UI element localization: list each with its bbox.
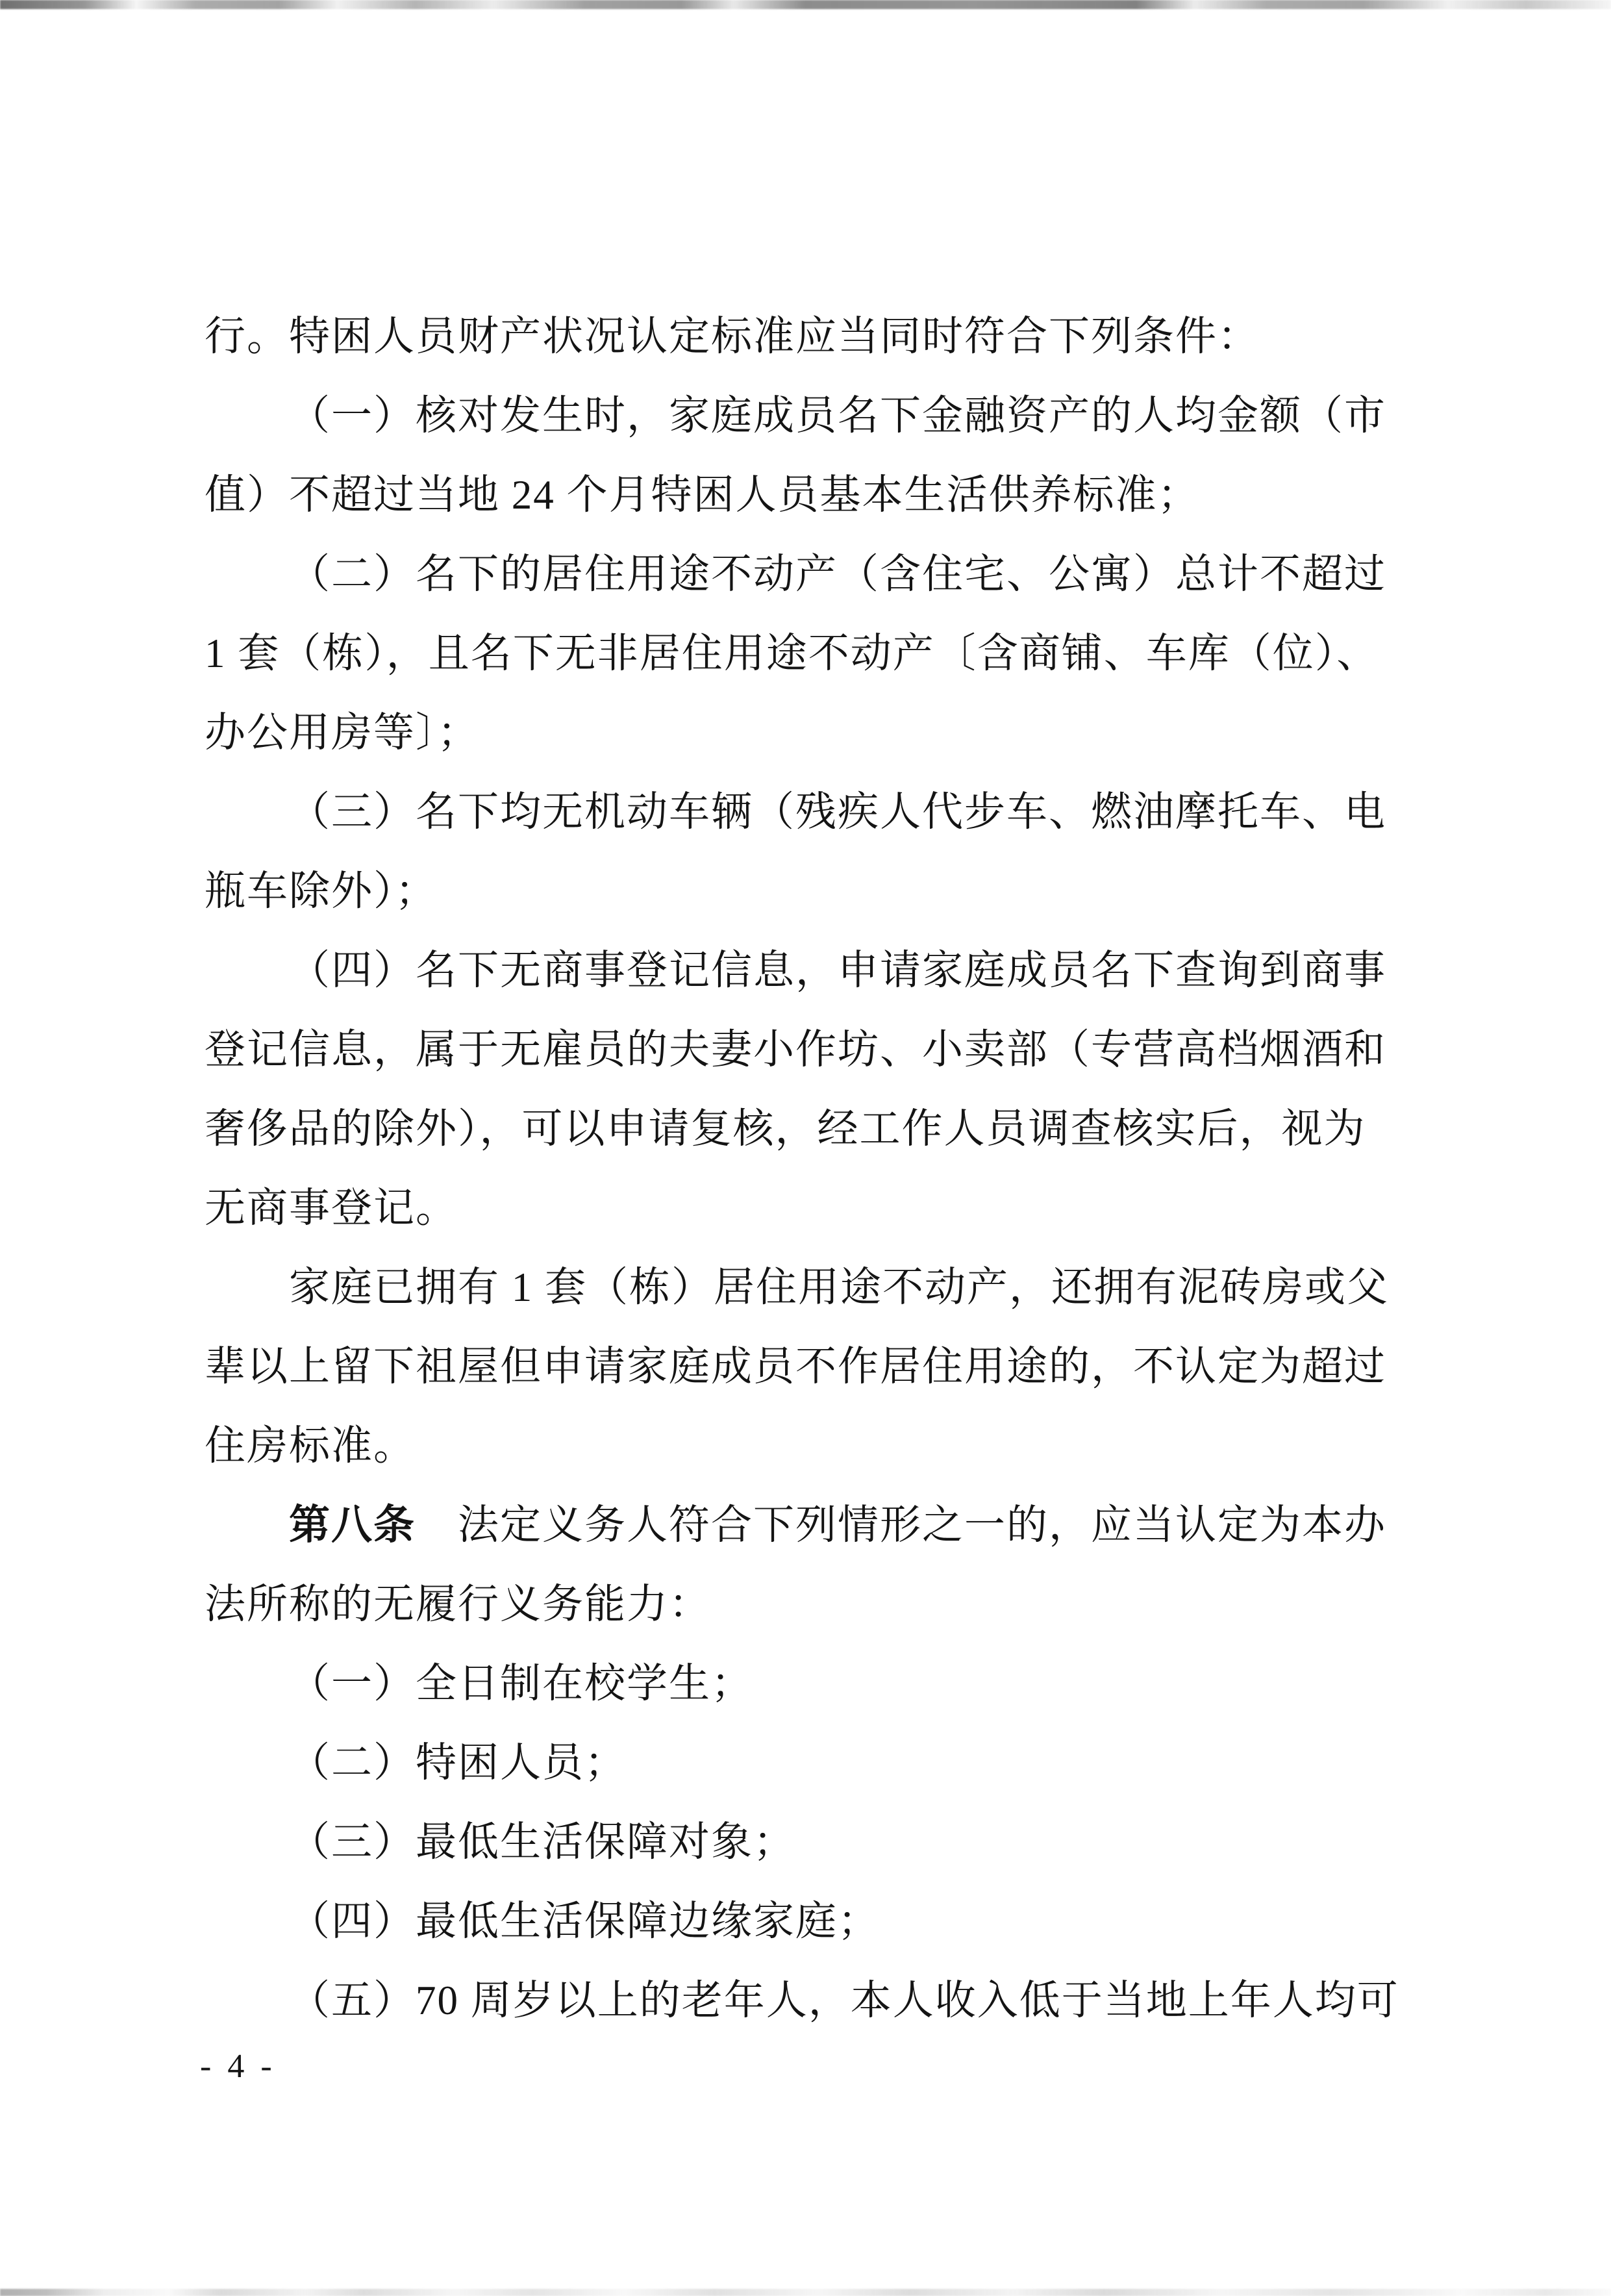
text-segment: 法所称的无履行义务能力： [205, 1582, 711, 1627]
text-line: 法所称的无履行义务能力： [205, 1565, 1399, 1644]
text-segment: 瓶车除外）； [205, 868, 438, 914]
text-segment: （一）全日制在校学生； [289, 1661, 753, 1706]
text-segment: 法定义务人符合下列情形之一的，应当认定为本办 [416, 1502, 1386, 1548]
text-line: 第八条 法定义务人符合下列情形之一的，应当认定为本办 [205, 1485, 1399, 1565]
text-line: 1 套（栋），且名下无非居住用途不动产〔含商铺、车库（位）、 [205, 614, 1399, 693]
text-segment: 行。特困人员财产状况认定标准应当同时符合下列条件： [205, 314, 1260, 359]
text-line: 办公用房等〕； [205, 693, 1399, 772]
document-page: 行。特困人员财产状况认定标准应当同时符合下列条件：（一）核对发生时，家庭成员名下… [0, 0, 1611, 2296]
text-line: （二）特困人员； [205, 1723, 1399, 1802]
text-line: （一）全日制在校学生； [205, 1644, 1399, 1723]
article-heading: 第八条 [289, 1502, 416, 1548]
text-line: 瓶车除外）； [205, 852, 1399, 931]
text-line: （一）核对发生时，家庭成员名下金融资产的人均金额（市 [205, 376, 1399, 455]
text-segment: （二）特困人员； [289, 1740, 627, 1785]
text-segment: 登记信息，属于无雇员的夫妻小作坊、小卖部（专营高档烟酒和 [205, 1027, 1386, 1072]
text-segment: 住房标准。 [205, 1423, 416, 1469]
text-segment: 家庭已拥有 1 套（栋）居住用途不动产，还拥有泥砖房或父 [289, 1265, 1389, 1310]
text-segment: 办公用房等〕； [205, 710, 480, 755]
text-line: （五）70 周岁以上的老年人，本人收入低于当地上年人均可 [205, 1961, 1399, 2040]
text-segment: 值）不超过当地 24 个月特困人员基本生活供养标准； [205, 472, 1200, 518]
text-segment: 奢侈品的除外），可以申请复核，经工作人员调查核实后，视为 [205, 1106, 1366, 1152]
text-line: （三）名下均无机动车辆（残疾人代步车、燃油摩托车、电 [205, 772, 1399, 852]
text-segment: （四）名下无商事登记信息，申请家庭成员名下查询到商事 [289, 948, 1386, 993]
text-line: 辈以上留下祖屋但申请家庭成员不作居住用途的，不认定为超过 [205, 1327, 1399, 1406]
text-segment: 辈以上留下祖屋但申请家庭成员不作居住用途的，不认定为超过 [205, 1344, 1386, 1389]
text-line: （四）名下无商事登记信息，申请家庭成员名下查询到商事 [205, 931, 1399, 1010]
text-line: 住房标准。 [205, 1406, 1399, 1485]
text-segment: 1 套（栋），且名下无非居住用途不动产〔含商铺、车库（位）、 [205, 631, 1379, 676]
text-segment: （三）最低生活保障对象； [289, 1819, 795, 1865]
scan-artifact-top [0, 0, 1611, 9]
text-line: 值）不超过当地 24 个月特困人员基本生活供养标准； [205, 455, 1399, 535]
text-segment: （一）核对发生时，家庭成员名下金融资产的人均金额（市 [289, 393, 1386, 438]
text-line: 奢侈品的除外），可以申请复核，经工作人员调查核实后，视为 [205, 1089, 1399, 1168]
text-line: （二）名下的居住用途不动产（含住宅、公寓）总计不超过 [205, 535, 1399, 614]
text-segment: 无商事登记。 [205, 1185, 458, 1231]
text-segment: （四）最低生活保障边缘家庭； [289, 1899, 880, 1944]
text-segment: （二）名下的居住用途不动产（含住宅、公寓）总计不超过 [289, 551, 1386, 597]
text-line: 无商事登记。 [205, 1168, 1399, 1248]
text-line: （四）最低生活保障边缘家庭； [205, 1882, 1399, 1961]
text-line: 家庭已拥有 1 套（栋）居住用途不动产，还拥有泥砖房或父 [205, 1248, 1399, 1327]
text-segment: （五）70 周岁以上的老年人，本人收入低于当地上年人均可 [289, 1978, 1399, 2023]
text-line: 登记信息，属于无雇员的夫妻小作坊、小卖部（专营高档烟酒和 [205, 1010, 1399, 1089]
text-line: （三）最低生活保障对象； [205, 1802, 1399, 1882]
document-lines: 行。特困人员财产状况认定标准应当同时符合下列条件：（一）核对发生时，家庭成员名下… [205, 297, 1399, 2040]
scan-artifact-bottom [0, 2289, 1611, 2296]
text-line: 行。特困人员财产状况认定标准应当同时符合下列条件： [205, 297, 1399, 376]
text-segment: （三）名下均无机动车辆（残疾人代步车、燃油摩托车、电 [289, 789, 1386, 835]
page-number: - 4 - [200, 2047, 276, 2086]
